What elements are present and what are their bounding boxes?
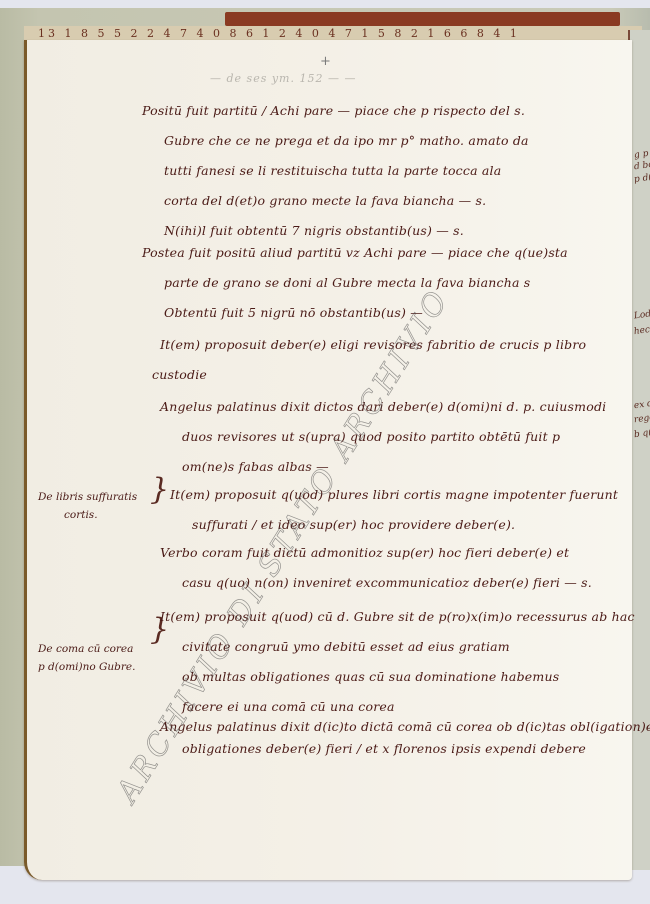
manuscript-line: Positū fuit partitū / Achi pare — piace … [142, 96, 529, 126]
facing-page-note: hec [633, 325, 650, 338]
manuscript-line: Postea fuit positū aliud partitū vz Achi… [142, 238, 568, 268]
manuscript-line: ob multas obligationes quas cū sua domin… [160, 662, 635, 692]
page-cross-mark: + [320, 54, 331, 69]
facing-page-note: b q(ue) [633, 426, 650, 441]
manuscript-line: It(em) proposuit deber(e) eligi revisore… [160, 330, 586, 360]
margin-note-line: De coma cū corea [38, 640, 135, 658]
minute-entry: Angelus palatinus dixit d(ic)to dictā co… [160, 712, 650, 764]
manuscript-line: obligationes deber(e) fieri / et x flore… [160, 734, 650, 764]
margin-note-line: p d(omi)no Gubre. [38, 658, 135, 676]
facing-page-note: rege [633, 413, 650, 427]
manuscript-line: Verbo coram fuit dictū admonitioz sup(er… [160, 538, 592, 568]
minute-entry: Positū fuit partitū / Achi pare — piace … [142, 96, 529, 246]
facing-page-note: ex d [633, 399, 650, 413]
margin-note-line: cortis. [38, 506, 137, 524]
manuscript-line: corta del d(et)o grano mecte la fava bia… [142, 186, 529, 216]
manuscript-line: duos revisores ut s(upra) quod posito pa… [160, 422, 606, 452]
bleed-through-text: — de ses ym. 152 — — [210, 72, 356, 85]
margin-note-stolen-books: De libris suffuratis cortis. [38, 488, 137, 524]
margin-note-line: De libris suffuratis [38, 488, 137, 506]
manuscript-line: parte de grano se doni al Gubre mecta la… [142, 268, 568, 298]
minute-entry: Postea fuit positū aliud partitū vz Achi… [142, 238, 568, 328]
bracket-mark: } [150, 472, 169, 507]
manuscript-line: om(ne)s fabas albas — [160, 452, 606, 482]
facing-page-note: Lodo [633, 308, 650, 322]
minute-entry: It(em) proposuit q(uod) plures libri cor… [170, 480, 618, 540]
manuscript-line: Obtentū fuit 5 nigrū nō obstantib(us) — [142, 298, 568, 328]
manuscript-line: casu q(uo) n(on) inveniret excommunicati… [160, 568, 592, 598]
manuscript-line: Gubre che ce ne prega et da ipo mr p° ma… [142, 126, 529, 156]
binding-strip [225, 12, 620, 26]
manuscript-line: suffurati / et ideo sup(er) hoc provider… [170, 510, 618, 540]
manuscript-line: It(em) proposuit q(uod) plures libri cor… [170, 480, 618, 510]
margin-note-gift-for-governor: De coma cū corea p d(omi)no Gubre. [38, 640, 135, 676]
facing-page-note: g p p(er) [633, 145, 650, 161]
minute-entry: Verbo coram fuit dictū admonitioz sup(er… [160, 538, 592, 598]
manuscript-line: tutti fanesi se li restituischa tutta la… [142, 156, 529, 186]
